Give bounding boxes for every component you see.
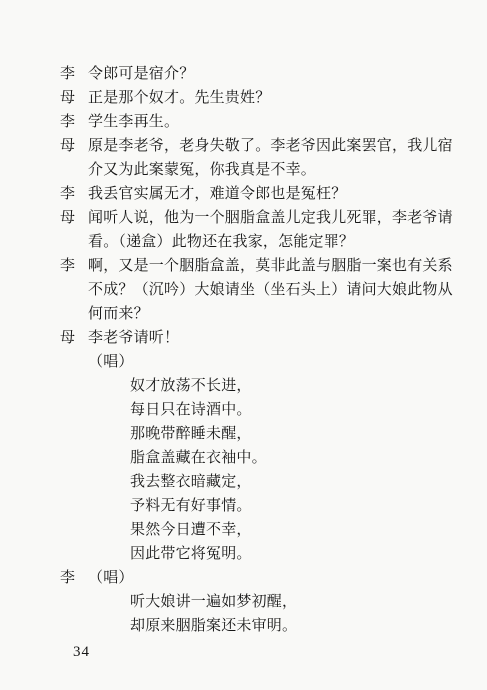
speaker-label: 母 (60, 206, 88, 230)
speaker-spacer (60, 374, 88, 398)
verse-row: 我去整衣暗藏定， (60, 470, 451, 494)
speaker-spacer (60, 302, 88, 326)
speaker-label: 母 (60, 86, 88, 110)
speaker-spacer (60, 614, 88, 638)
stage-direction-row: （唱） (60, 350, 451, 374)
verse-row: 脂盒盖藏在衣袖中。 (60, 446, 451, 470)
stage-direction: （唱） (88, 350, 134, 374)
verse-line: 奴才放荡不长进， (88, 374, 252, 398)
dialogue-row: 母 李老爷请听！ (60, 326, 451, 350)
dialogue-text: 介又为此案蒙冤，你我真是不幸。 (88, 158, 316, 182)
verse-line: 听大娘讲一遍如梦初醒， (88, 590, 297, 614)
verse-row: 听大娘讲一遍如梦初醒， (60, 590, 451, 614)
speaker-spacer (60, 542, 88, 566)
speaker-spacer (60, 470, 88, 494)
speaker-spacer (60, 422, 88, 446)
verse-row: 因此带它将冤明。 (60, 542, 451, 566)
speaker-label: 母 (60, 326, 88, 350)
dialogue-text: 我丢官实属无才，难道令郎也是冤枉？ (88, 182, 346, 206)
verse-line: 果然今日遭不幸， (88, 518, 252, 542)
stage-direction: （唱） (88, 566, 134, 590)
speaker-spacer (60, 446, 88, 470)
dialogue-row: 李 啊，又是一个胭脂盒盖，莫非此盖与胭脂一案也有关系 (60, 254, 451, 278)
verse-row: 予料无有好事情。 (60, 494, 451, 518)
dialogue-row: 李 （唱） (60, 566, 451, 590)
dialogue-text: 正是那个奴才。先生贵姓？ (88, 86, 270, 110)
dialogue-text: 令郎可是宿介？ (88, 62, 194, 86)
dialogue-row: 李 学生李再生。 (60, 110, 451, 134)
verse-row: 奴才放荡不长进， (60, 374, 451, 398)
verse-row: 每日只在诗酒中。 (60, 398, 451, 422)
dialogue-text: 何而来？ (88, 302, 149, 326)
verse-line: 予料无有好事情。 (88, 494, 252, 518)
speaker-label: 李 (60, 182, 88, 206)
dialogue-continuation-row: 何而来？ (60, 302, 451, 326)
dialogue-continuation-row: 介又为此案蒙冤，你我真是不幸。 (60, 158, 451, 182)
speaker-spacer (60, 398, 88, 422)
speaker-spacer (60, 518, 88, 542)
speaker-label: 母 (60, 134, 88, 158)
speaker-spacer (60, 278, 88, 302)
dialogue-continuation-row: 不成？（沉吟）大娘请坐（坐石头上）请问大娘此物从 (60, 278, 451, 302)
dialogue-text: 不成？（沉吟）大娘请坐（坐石头上）请问大娘此物从 (88, 278, 453, 302)
verse-line: 脂盒盖藏在衣袖中。 (88, 446, 267, 470)
dialogue-row: 李 我丢官实属无才，难道令郎也是冤枉？ (60, 182, 451, 206)
dialogue-continuation-row: 看。（递盒）此物还在我家，怎能定罪？ (60, 230, 451, 254)
speaker-label: 李 (60, 254, 88, 278)
dialogue-text: 闻听人说，他为一个胭脂盒盖儿定我儿死罪，李老爷请 (88, 206, 453, 230)
verse-row: 果然今日遭不幸， (60, 518, 451, 542)
verse-line: 却原来胭脂案还未审明。 (88, 614, 297, 638)
dialogue-row: 母 闻听人说，他为一个胭脂盒盖儿定我儿死罪，李老爷请 (60, 206, 451, 230)
verse-line: 那晚带醉睡未醒， (88, 422, 252, 446)
book-page: 李 令郎可是宿介？ 母 正是那个奴才。先生贵姓？ 李 学生李再生。 母 原是李老… (0, 0, 487, 690)
dialogue-text: 啊，又是一个胭脂盒盖，莫非此盖与胭脂一案也有关系 (88, 254, 453, 278)
speaker-spacer (60, 230, 88, 254)
dialogue-text: 原是李老爷，老身失敬了。李老爷因此案罢官，我儿宿 (88, 134, 453, 158)
verse-line: 我去整衣暗藏定， (88, 470, 252, 494)
speaker-spacer (60, 494, 88, 518)
dialogue-text: 看。（递盒）此物还在我家，怎能定罪？ (88, 230, 354, 254)
speaker-label: 李 (60, 110, 88, 134)
speaker-spacer (60, 158, 88, 182)
speaker-label: 李 (60, 566, 88, 590)
dialogue-text: 李老爷请听！ (88, 326, 179, 350)
speaker-label: 李 (60, 62, 88, 86)
dialogue-row: 母 原是李老爷，老身失敬了。李老爷因此案罢官，我儿宿 (60, 134, 451, 158)
verse-line: 因此带它将冤明。 (88, 542, 252, 566)
dialogue-row: 李 令郎可是宿介？ (60, 62, 451, 86)
verse-row: 那晚带醉睡未醒， (60, 422, 451, 446)
speaker-spacer (60, 590, 88, 614)
dialogue-row: 母 正是那个奴才。先生贵姓？ (60, 86, 451, 110)
verse-line: 每日只在诗酒中。 (88, 398, 252, 422)
verse-row: 却原来胭脂案还未审明。 (60, 614, 451, 638)
speaker-spacer (60, 350, 88, 374)
dialogue-text: 学生李再生。 (88, 110, 179, 134)
page-number: 34 (73, 640, 451, 664)
